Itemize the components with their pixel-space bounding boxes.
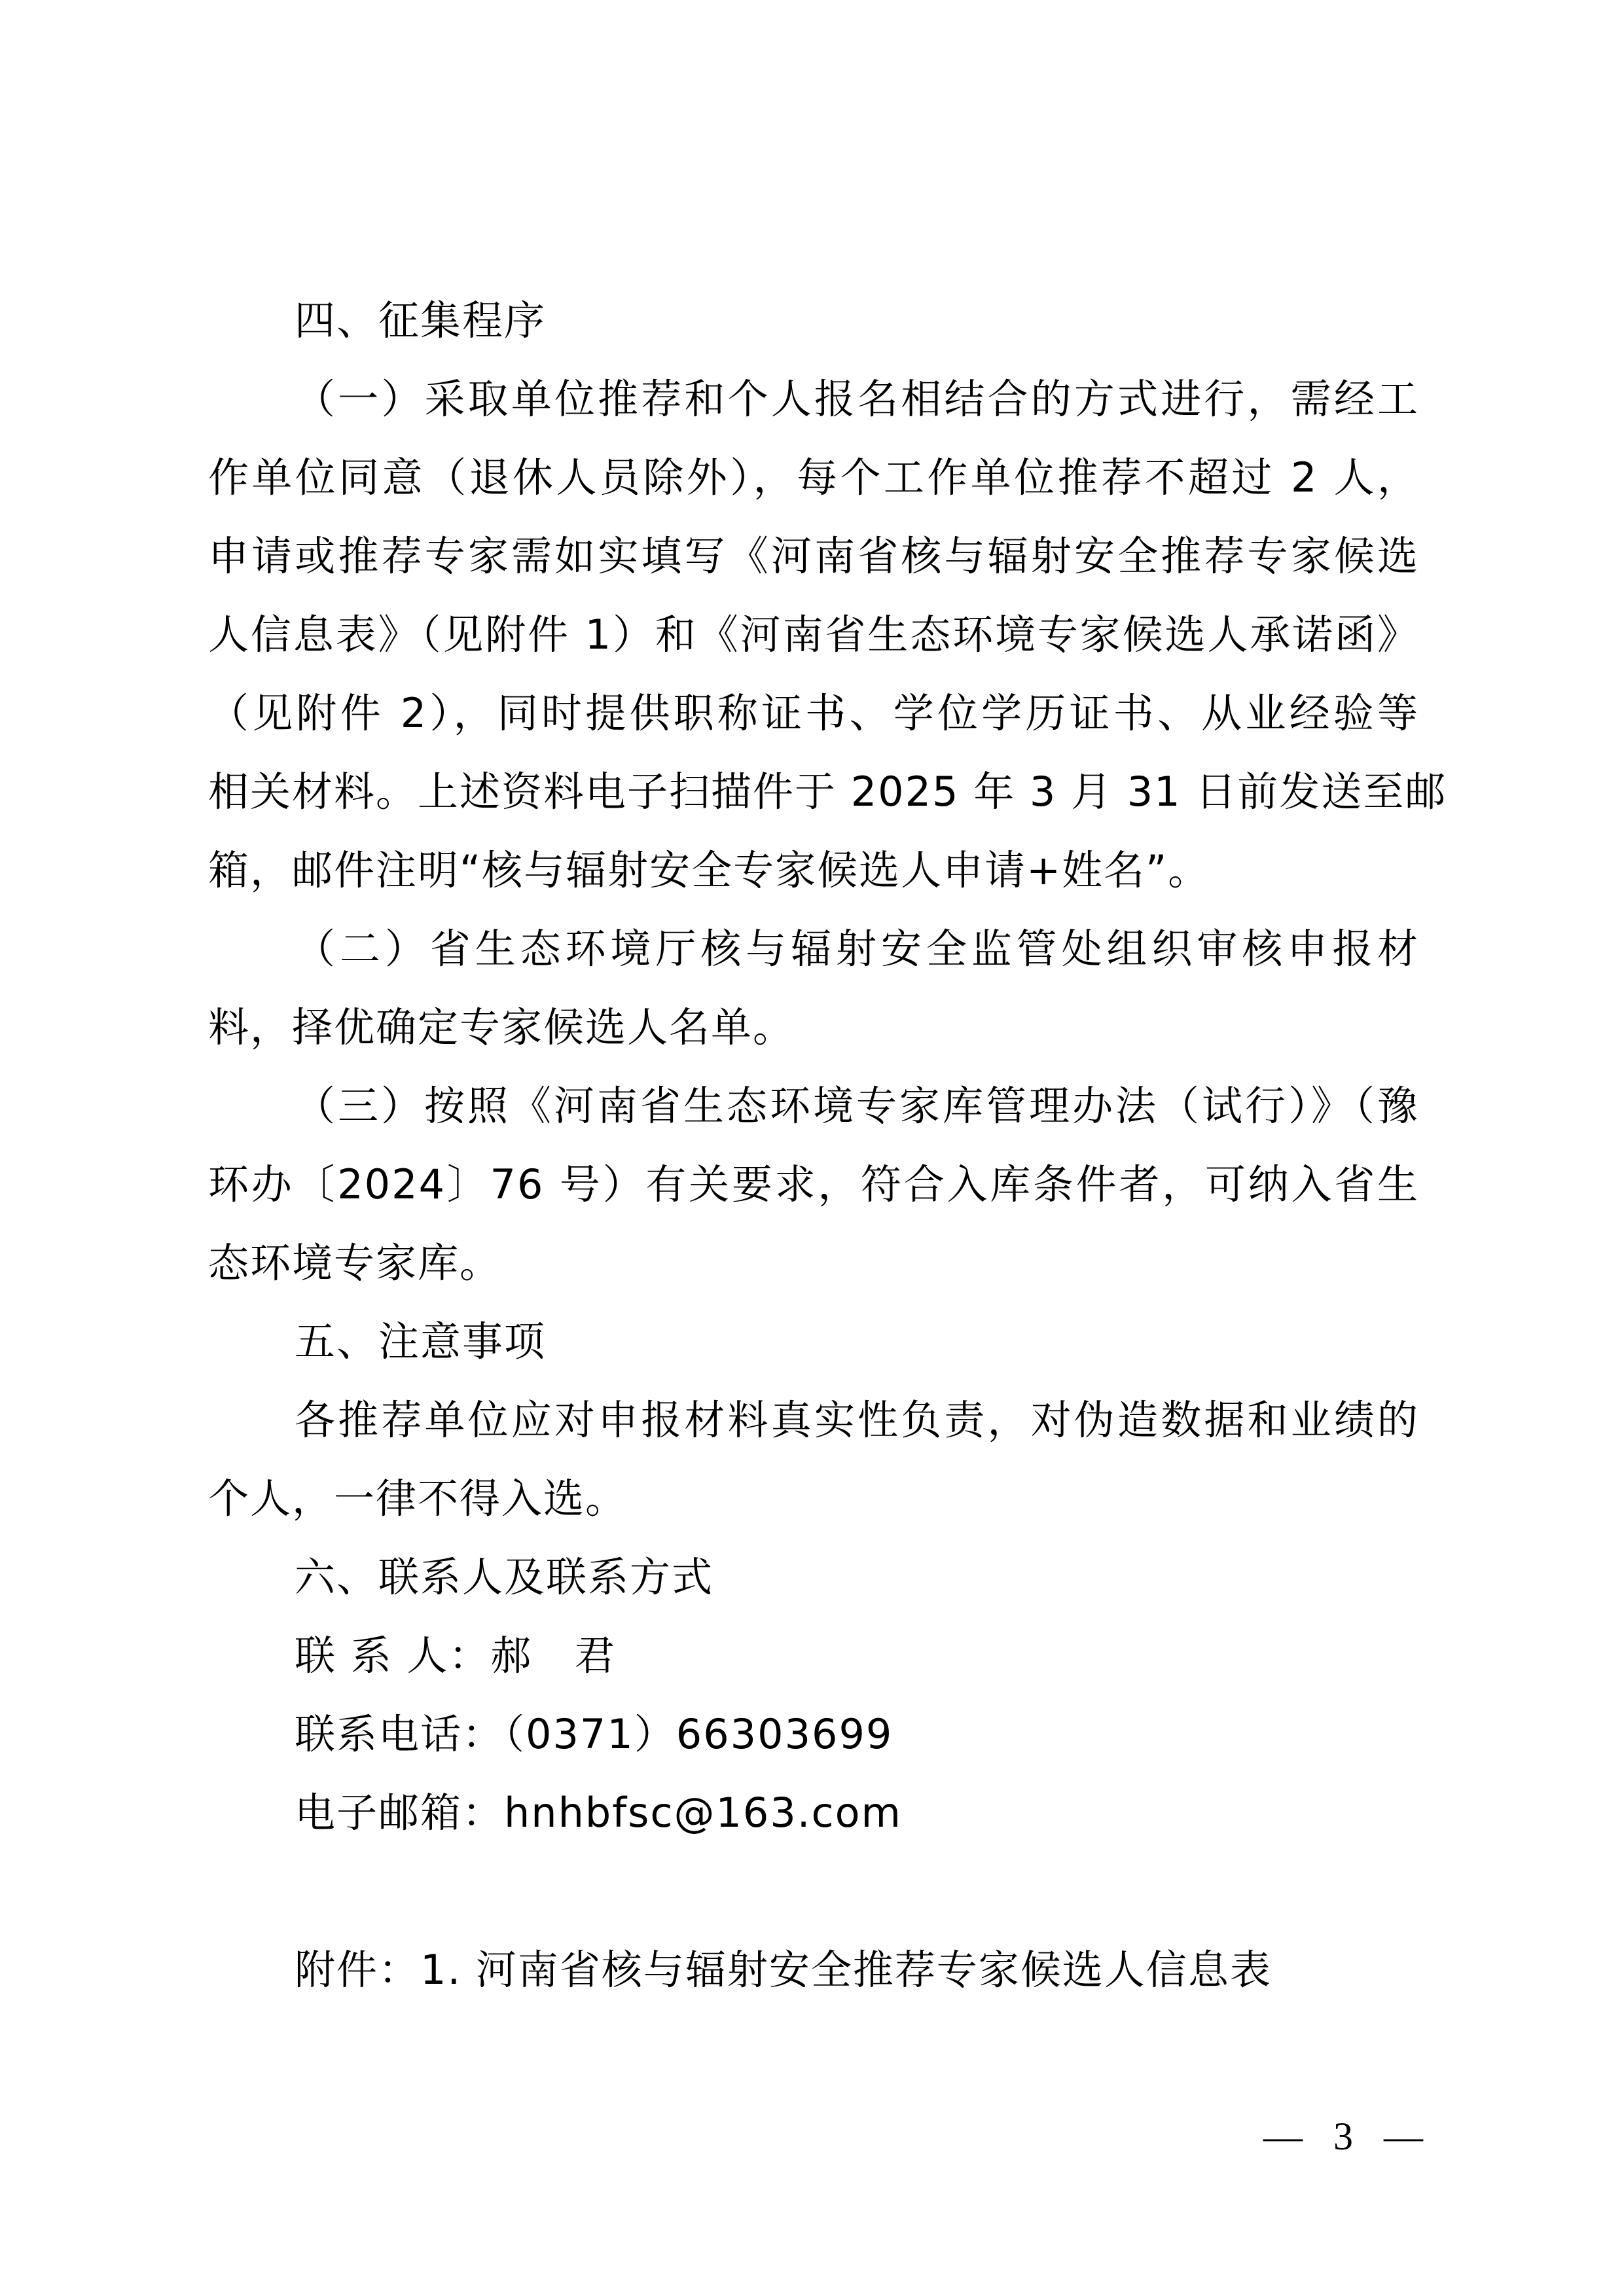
contact-email: 电子邮箱：hnhbfsc@163.com: [208, 1774, 1419, 1852]
paragraph-line: 相关材料。上述资料电子扫描件于 2025 年 3 月 31 日前发送至邮: [208, 753, 1419, 831]
paragraph-line: 个人，一律不得入选。: [208, 1460, 1419, 1538]
contact-phone: 联系电话：（0371）66303699: [208, 1695, 1419, 1774]
paragraph-line: 料，择优确定专家候选人名单。: [208, 988, 1419, 1067]
paragraph-line: 箱，邮件注明“核与辐射安全专家候选人申请+姓名”。: [208, 831, 1419, 910]
section-heading-notes: 五、注意事项: [208, 1302, 1419, 1381]
attachment-line: 附件：1. 河南省核与辐射安全推荐专家候选人信息表: [208, 1931, 1419, 2009]
paragraph-line: 态环境专家库。: [208, 1224, 1419, 1302]
contact-person: 联 系 人：郝 君: [208, 1617, 1419, 1695]
page-number: — 3 —: [1263, 2114, 1434, 2159]
document-page: 四、征集程序 （一）采取单位推荐和个人报名相结合的方式进行，需经工 作单位同意（…: [0, 0, 1624, 2296]
paragraph-line: 申请或推荐专家需如实填写《河南省核与辐射安全推荐专家候选: [208, 517, 1419, 596]
paragraph-line: （一）采取单位推荐和个人报名相结合的方式进行，需经工: [208, 360, 1419, 439]
paragraph-line: （三）按照《河南省生态环境专家库管理办法（试行）》（豫: [208, 1067, 1419, 1145]
paragraph-line: （二）省生态环境厅核与辐射安全监管处组织审核申报材: [208, 910, 1419, 988]
spacer: [208, 1852, 1419, 1931]
paragraph-line: （见附件 2），同时提供职称证书、学位学历证书、从业经验等: [208, 674, 1419, 753]
paragraph-line: 各推荐单位应对申报材料真实性负责，对伪造数据和业绩的: [208, 1381, 1419, 1460]
document-body: 四、征集程序 （一）采取单位推荐和个人报名相结合的方式进行，需经工 作单位同意（…: [208, 281, 1419, 2009]
paragraph-line: 人信息表》（见附件 1）和《河南省生态环境专家候选人承诺函》: [208, 596, 1419, 674]
paragraph-line: 作单位同意（退休人员除外），每个工作单位推荐不超过 2 人，: [208, 439, 1419, 517]
paragraph-line: 环办〔2024〕76 号）有关要求，符合入库条件者，可纳入省生: [208, 1145, 1419, 1224]
section-heading-contact: 六、联系人及联系方式: [208, 1538, 1419, 1617]
section-heading-procedure: 四、征集程序: [208, 281, 1419, 360]
